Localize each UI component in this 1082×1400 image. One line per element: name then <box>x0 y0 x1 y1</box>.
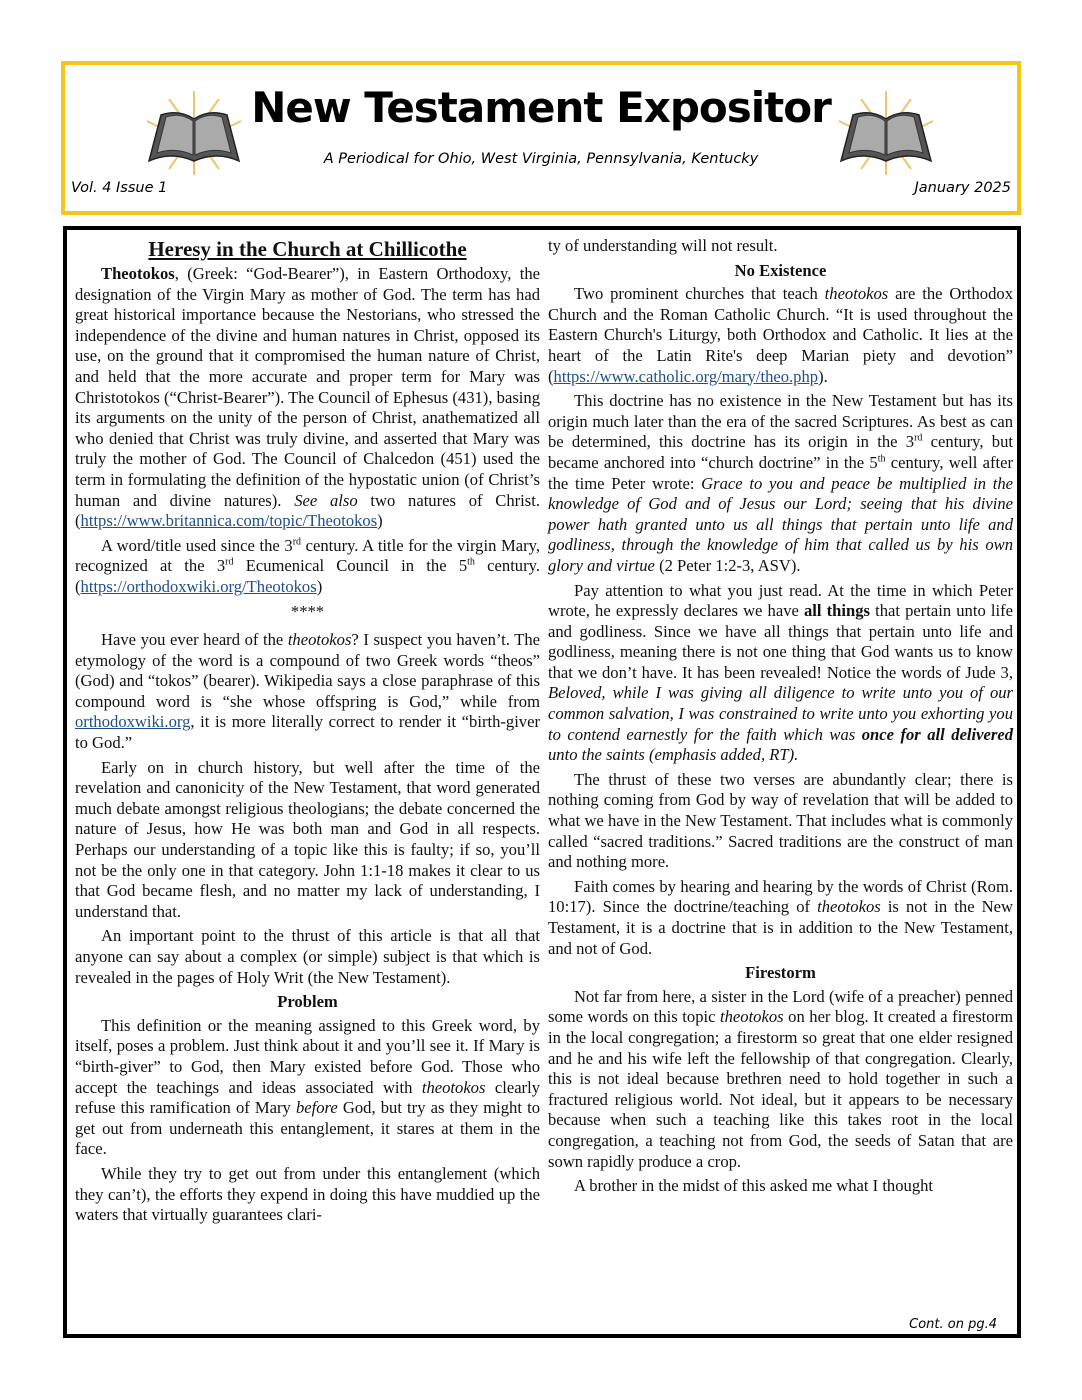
masthead-subtitle: A Periodical for Ohio, West Virginia, Pe… <box>65 151 1017 167</box>
paragraph: A brother in the midst of this asked me … <box>548 1176 1013 1197</box>
subheading-problem: Problem <box>75 992 540 1013</box>
paragraph: Not far from here, a sister in the Lord … <box>548 987 1013 1172</box>
orthodoxwiki-inline-link[interactable]: orthodoxwiki.org <box>75 712 190 731</box>
britannica-link[interactable]: https://www.britannica.com/topic/Theotok… <box>81 511 378 530</box>
paragraph: Early on in church history, but well aft… <box>75 758 540 923</box>
paragraph: An important point to the thrust of this… <box>75 926 540 988</box>
paragraph: This definition or the meaning assigned … <box>75 1016 540 1160</box>
section-divider: **** <box>75 602 540 623</box>
paragraph: Two prominent churches that teach theoto… <box>548 284 1013 387</box>
paragraph: Pay attention to what you just read. At … <box>548 581 1013 766</box>
paragraph: This doctrine has no existence in the Ne… <box>548 391 1013 576</box>
paragraph: A word/title used since the 3rd century.… <box>75 536 540 598</box>
subheading-no-existence: No Existence <box>548 261 1013 282</box>
paragraph: While they try to get out from under thi… <box>75 1164 540 1226</box>
paragraph-continuation: ty of understanding will not result. <box>548 236 1013 257</box>
paragraph: Have you ever heard of the theotokos? I … <box>75 630 540 754</box>
left-column: Heresy in the Church at Chillicothe Theo… <box>75 236 540 1230</box>
paragraph: The thrust of these two verses are abund… <box>548 770 1013 873</box>
volume-issue: Vol. 4 Issue 1 <box>71 180 167 196</box>
subheading-firestorm: Firestorm <box>548 963 1013 984</box>
catholic-org-link[interactable]: https://www.catholic.org/mary/theo.php <box>554 367 819 386</box>
paragraph: Theotokos, (Greek: “God-Bearer”), in Eas… <box>75 264 540 532</box>
orthodoxwiki-link[interactable]: https://orthodoxwiki.org/Theotokos <box>81 577 317 596</box>
issue-date: January 2025 <box>915 180 1011 196</box>
article-headline: Heresy in the Church at Chillicothe <box>75 236 540 262</box>
paragraph: Faith comes by hearing and hearing by th… <box>548 877 1013 959</box>
right-column: ty of understanding will not result. No … <box>548 236 1013 1201</box>
article-box: Heresy in the Church at Chillicothe Theo… <box>63 226 1021 1338</box>
continued-on-page: Cont. on pg.4 <box>909 1317 997 1332</box>
masthead: New Testament Expositor A Periodical for… <box>61 61 1021 215</box>
